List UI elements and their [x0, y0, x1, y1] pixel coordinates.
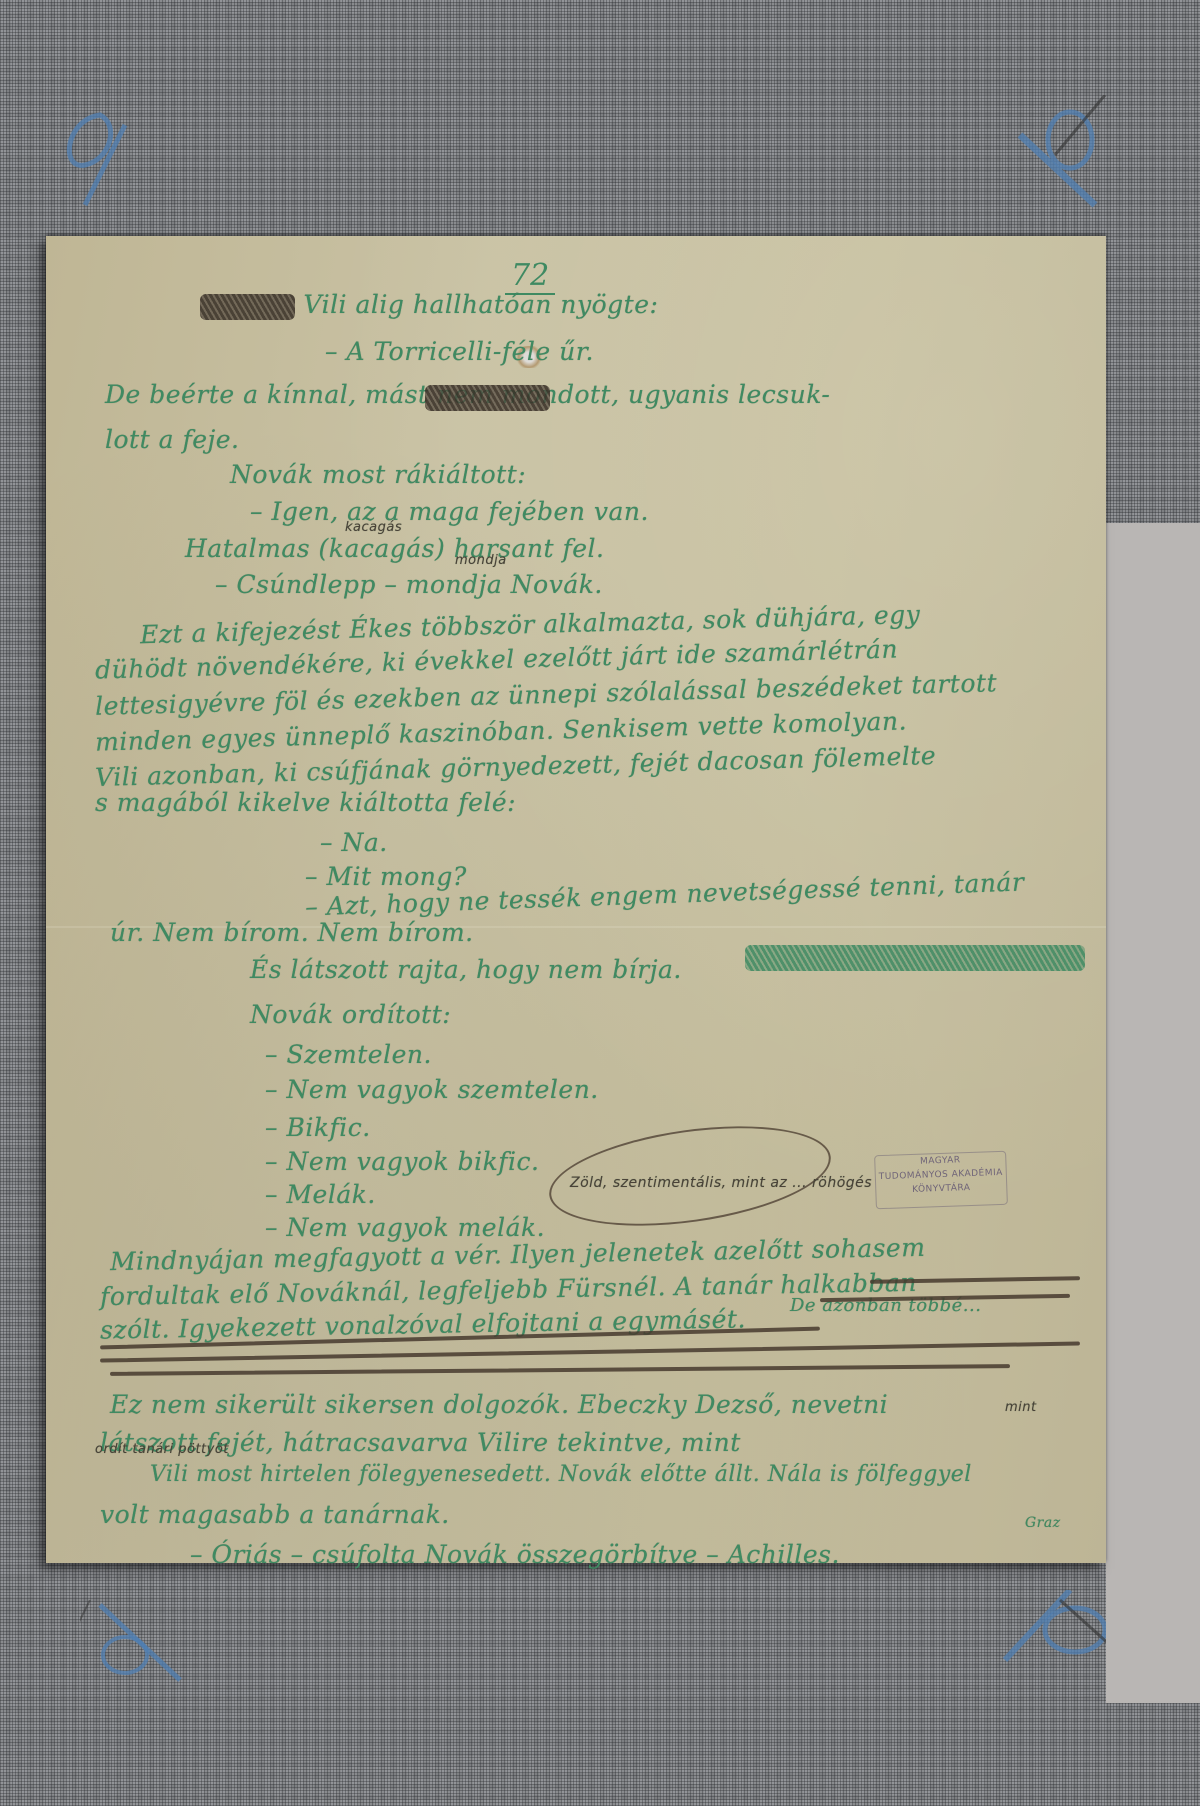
- manuscript-line: – A Torricelli-féle űr.: [325, 337, 594, 366]
- manuscript-line: Novák ordított:: [250, 1000, 451, 1029]
- manuscript-line: – Óriás – csúfolta Novák összegörbítve –…: [190, 1540, 840, 1569]
- crossed-out-word: [745, 945, 1085, 971]
- margin-note-insert: mint: [1005, 1400, 1037, 1415]
- manuscript-line: És látszott rajta, hogy nem bírja.: [250, 955, 682, 984]
- manuscript-line: – Igen, az a maga fejében van.: [250, 497, 649, 526]
- manuscript-line: – Melák.: [265, 1180, 376, 1209]
- margin-note-corner: Graz: [1025, 1515, 1061, 1531]
- manuscript-line: Vili alig hallhatóan nyögte:: [200, 290, 658, 320]
- manuscript-line: s magából kikelve kiáltotta felé:: [95, 788, 516, 817]
- crossed-out-word: [425, 385, 550, 411]
- corner-mark-top-right: [1010, 95, 1130, 215]
- manuscript-line: Novák most rákiáltott:: [230, 460, 526, 489]
- library-stamp: MAGYAR TUDOMÁNYOS AKADÉMIA KÖNYVTÁRA: [874, 1151, 1008, 1210]
- manuscript-line: Vili most hirtelen fölegyenesedett. Nová…: [150, 1462, 972, 1487]
- corner-mark-bottom-left: [80, 1600, 200, 1720]
- manuscript-line: – Mit mong?: [305, 862, 467, 891]
- margin-note-insert: kacagás: [345, 520, 402, 535]
- crossed-out-word: [200, 294, 295, 320]
- margin-note-insert: mondja: [455, 553, 507, 568]
- manuscript-line: Ez nem sikerült sikersen dolgozók. Ebecz…: [110, 1390, 888, 1419]
- manuscript-line: – Na.: [320, 828, 388, 857]
- corner-mark-bottom-right: [1000, 1590, 1120, 1710]
- manuscript-line: – Csúndlepp – mondja Novák.: [215, 570, 603, 599]
- corner-mark-top-left: [40, 95, 160, 215]
- manuscript-line: úr. Nem bírom. Nem bírom.: [110, 918, 474, 947]
- manuscript-line: lott a feje.: [105, 425, 239, 454]
- manuscript-line: Hatalmas (kacagás) harsant fel.: [185, 534, 604, 563]
- manuscript-line: – Nem vagyok melák.: [265, 1213, 545, 1242]
- margin-note-bracketed: Zöld, szentimentális, mint az ... röhögé…: [570, 1175, 872, 1191]
- manuscript-line: – Nem vagyok bikfic.: [265, 1147, 539, 1176]
- underlying-sheet: [1106, 523, 1200, 1703]
- manuscript-line: volt magasabb a tanárnak.: [100, 1500, 450, 1529]
- margin-note-pencil: ordít tanári pöttyöt: [95, 1442, 229, 1457]
- manuscript-line: – Nem vagyok szemtelen.: [265, 1075, 599, 1104]
- manuscript-line: – Szemtelen.: [265, 1040, 432, 1069]
- manuscript-line: – Bikfic.: [265, 1113, 371, 1142]
